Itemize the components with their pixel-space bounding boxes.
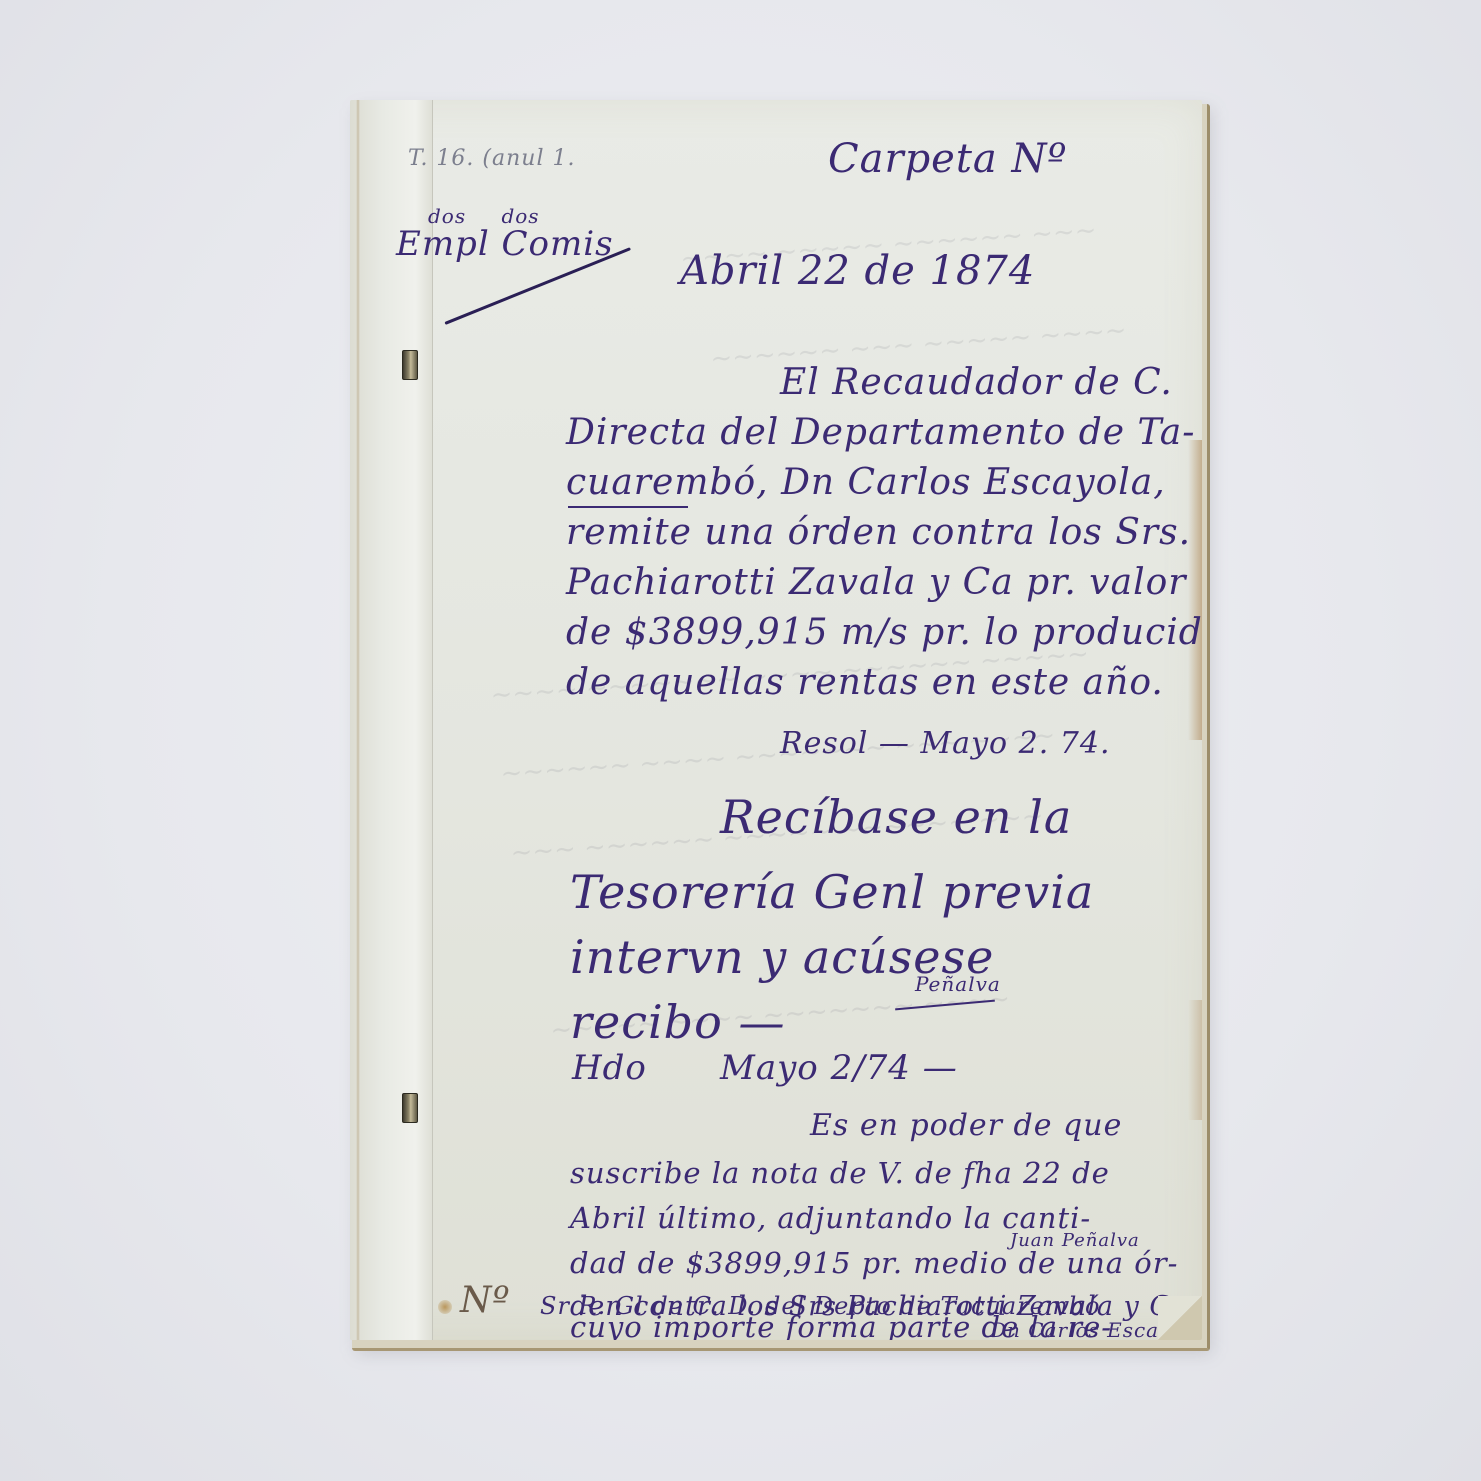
body-line-5: Pachiarotti Zavala y Ca pr. valor: [566, 562, 1186, 603]
entry-left-note: Hdo: [572, 1048, 647, 1088]
rust-stain-right: [1188, 440, 1202, 740]
body-line-1: El Recaudador de C.: [780, 362, 1173, 403]
place-name-underline: [568, 506, 688, 508]
footer-address: Sr R. Gl de C. D. del Depto de Tacuaremb…: [540, 1292, 1100, 1320]
margin-heading: Empl Comis: [396, 224, 614, 264]
body-line-7: de aquellas rentas en este año.: [566, 662, 1164, 703]
entry-line-4: dad de $3899,915 pr. medio de una ór-: [570, 1246, 1178, 1280]
footer-margin-mark: Nº: [460, 1280, 510, 1321]
body-line-2: Directa del Departamento de Ta-: [566, 412, 1195, 453]
spine-stain: [356, 100, 360, 1340]
staple-bottom: [402, 1093, 418, 1123]
staple-top: [402, 350, 418, 380]
body-line-4: remite una órden contra los Srs.: [566, 512, 1191, 553]
entry-signature: Juan Peñalva: [1010, 1230, 1140, 1251]
entry-line-1: Es en poder de que: [810, 1108, 1122, 1143]
letter-date: Abril 22 de 1874: [680, 248, 1035, 294]
resolution-line-4: recibo —: [570, 995, 785, 1049]
body-line-6: de $3899,915 m/s pr. lo producido: [566, 612, 1202, 653]
pencil-reference-note: T. 16. (anul 1.: [408, 146, 575, 171]
resolution-heading: Resol — Mayo 2. 74.: [780, 726, 1110, 761]
entry-line-2: suscribe la nota de V. de fha 22 de: [570, 1156, 1110, 1190]
entry-date: Mayo 2/74 —: [720, 1048, 958, 1088]
foxing-spot: [438, 1300, 452, 1314]
folder-number-label: Carpeta Nº: [828, 136, 1067, 182]
resolution-signature: Peñalva: [915, 972, 1001, 996]
document-page: ~~~~ ~~~~~ ~~~~~~ ~~~ ~~~~~~ ~~~ ~~~~~ ~…: [350, 100, 1202, 1340]
resolution-line-1: Recíbase en la: [720, 790, 1072, 844]
resolution-line-2: Tesorería Genl previa: [570, 865, 1094, 919]
curled-corner: [1158, 1296, 1202, 1340]
binding-spine: [350, 100, 433, 1340]
rust-stain-right-lower: [1188, 1000, 1202, 1120]
body-line-3: cuarembó, Dn Carlos Escayola,: [566, 462, 1166, 503]
